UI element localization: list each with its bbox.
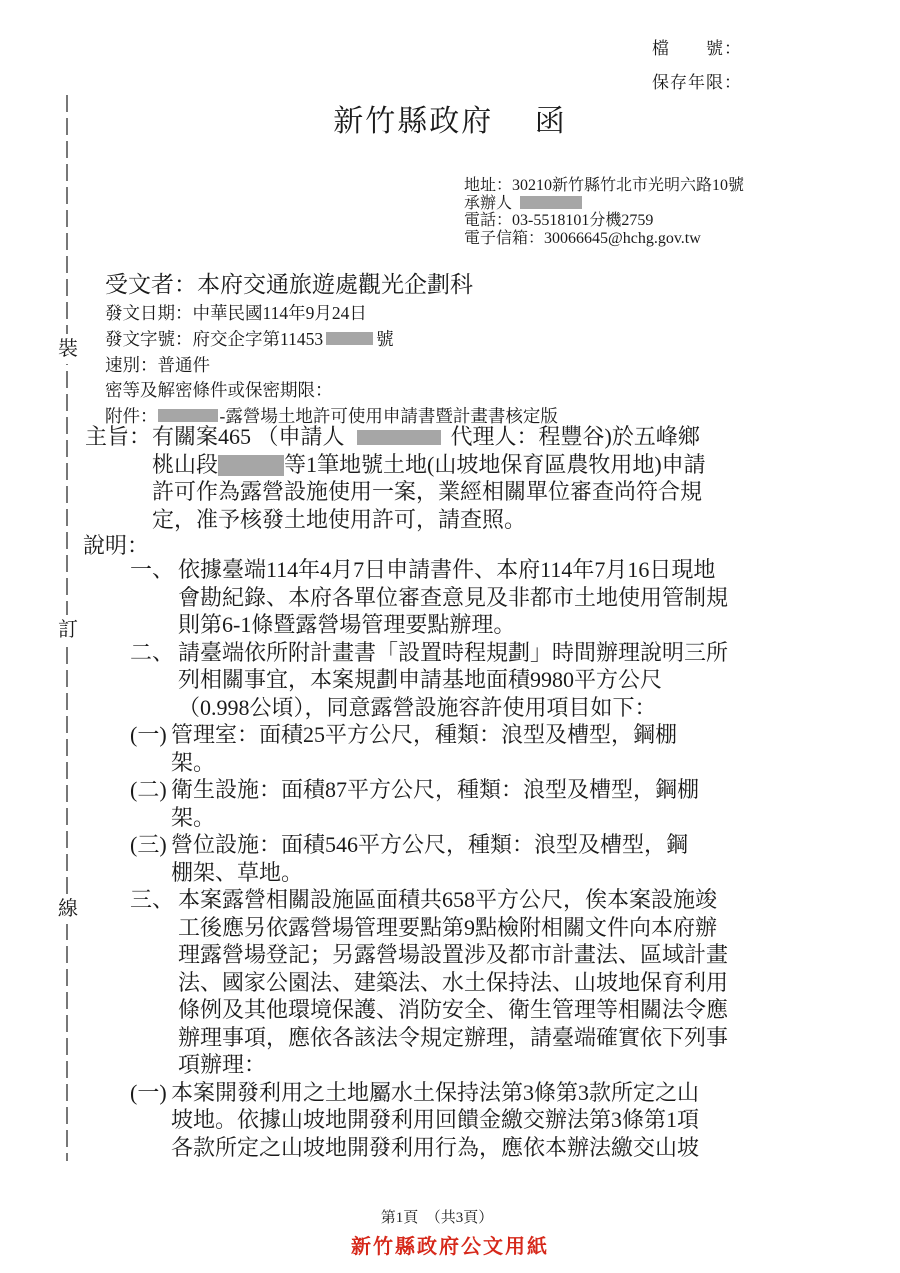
item-body: 本案露營相關設施區面積共658平方公尺，俟本案設施竣 工後應另依露營場管理要點第… [178,886,728,1079]
subject-label: 主旨： [85,423,152,533]
explanation-item-2: 二、 請臺端依所附計畫書「設置時程規劃」時間辦理說明三所 列相關事宜，本案規劃申… [130,639,830,722]
document-title: 新竹縣政府 函 [0,96,900,140]
document-page: 裝 訂 線 檔 號： 保存年限： 新竹縣政府 函 地址：30210新竹縣竹北市光… [0,0,900,1273]
binding-mark-ding: 訂 [55,615,81,645]
item-line: （0.998公頃），同意露營設施容許使用項目如下： [178,694,728,722]
item-line: 會勘紀錄、本府各單位審查意見及非都市土地使用管制規 [178,584,728,612]
item-line: 條例及其他環境保護、消防安全、衛生管理等相關法令應 [178,996,728,1024]
item-line: 本案露營相關設施區面積共658平方公尺，俟本案設施竣 [178,886,728,914]
subject-body: 有關案465 （申請人代理人：程豐谷)於五峰鄉 桃山段等1筆地號土地(山坡地保育… [152,423,706,533]
subject-line: 許可作為露營設施使用一案，業經相關單位審查尚符合規 [152,478,706,506]
binding-mark-xian: 線 [55,894,81,924]
item-line: 衛生設施：面積87平方公尺，種類：浪型及槽型，鋼棚 [171,776,699,804]
item-number: 一、 [130,556,178,639]
explanation-subitem-2-1: (一) 管理室：面積25平方公尺，種類：浪型及槽型，鋼棚 架。 [130,721,830,776]
subject-line1-pre: 有關案465 （申請人 [152,424,345,449]
item-line: 坡地。依據山坡地開發利用回饋金繳交辦法第3條第1項 [171,1106,699,1134]
item-number: (三) [130,831,171,886]
item-body: 請臺端依所附計畫書「設置時程規劃」時間辦理說明三所 列相關事宜，本案規劃申請基地… [178,639,728,722]
item-number: (一) [130,1079,171,1162]
applicant-name-redaction [357,430,441,445]
subject-line: 定，准予核發土地使用許可，請查照。 [152,506,706,534]
item-number: (二) [130,776,171,831]
explanation-subitem-2-2: (二) 衛生設施：面積87平方公尺，種類：浪型及槽型，鋼棚 架。 [130,776,830,831]
item-line: 各款所定之山坡地開發利用行為，應依本辦法繳交山坡 [171,1134,699,1162]
item-line: 管理室：面積25平方公尺，種類：浪型及槽型，鋼棚 [171,721,677,749]
item-line: 法、國家公園法、建築法、水土保持法、山坡地保育利用 [178,969,728,997]
file-number-label: 檔 號： [652,34,742,59]
explanation-items: 一、 依據臺端114年4月7日申請書件、本府114年7月16日現地 會勘紀錄、本… [130,556,830,1161]
explanation-item-1: 一、 依據臺端114年4月7日申請書件、本府114年7月16日現地 會勘紀錄、本… [130,556,830,639]
recipient-line: 受文者：本府交通旅遊處觀光企劃科 [105,266,473,299]
contact-block: 地址：30210新竹縣竹北市光明六路10號 承辦人 電話：03-5518101分… [464,177,744,247]
subject-line1-post: 代理人：程豐谷)於五峰鄉 [451,424,700,449]
item-line: 架。 [171,804,699,832]
item-line: 則第6-1條暨露營場管理要點辦理。 [178,611,728,639]
explanation-subitem-3-1: (一) 本案開發利用之土地屬水土保持法第3條第3款所定之山 坡地。依據山坡地開發… [130,1079,830,1162]
meta-block: 發文日期：中華民國114年9月24日 發文字號：府交企字第11453號 速別：普… [105,301,558,430]
item-body: 依據臺端114年4月7日申請書件、本府114年7月16日現地 會勘紀錄、本府各單… [178,556,728,639]
item-body: 本案開發利用之土地屬水土保持法第3條第3款所定之山 坡地。依據山坡地開發利用回饋… [171,1079,699,1162]
contact-phone: 電話：03-5518101分機2759 [464,212,744,230]
item-line: 依據臺端114年4月7日申請書件、本府114年7月16日現地 [178,556,728,584]
subject-line: 有關案465 （申請人代理人：程豐谷)於五峰鄉 [152,423,706,451]
item-line: 架。 [171,749,677,777]
doc-number-prefix: 發文字號：府交企字第11453 [105,329,323,349]
item-line: 列相關事宜，本案規劃申請基地面積9980平方公尺 [178,666,728,694]
explanation-subitem-2-3: (三) 營位設施：面積546平方公尺，種類：浪型及槽型，鋼 棚架、草地。 [130,831,830,886]
subject-line: 桃山段等1筆地號土地(山坡地保育區農牧用地)申請 [152,451,706,479]
item-line: 請臺端依所附計畫書「設置時程規劃」時間辦理說明三所 [178,639,728,667]
contact-officer: 承辦人 [464,195,744,213]
footer-paper-name: 新竹縣政府公文用紙 [0,1230,900,1259]
item-body: 管理室：面積25平方公尺，種類：浪型及槽型，鋼棚 架。 [171,721,677,776]
item-line: 項辦理： [178,1051,728,1079]
meta-speed: 速別：普通件 [105,353,558,379]
parcel-number-redaction [218,455,284,476]
item-body: 營位設施：面積546平方公尺，種類：浪型及槽型，鋼 棚架、草地。 [171,831,688,886]
item-line: 棚架、草地。 [171,859,688,887]
meta-doc-number: 發文字號：府交企字第11453號 [105,327,558,353]
contact-email: 電子信箱：30066645@hchg.gov.tw [464,230,744,248]
item-body: 衛生設施：面積87平方公尺，種類：浪型及槽型，鋼棚 架。 [171,776,699,831]
attachment-redaction [158,409,218,422]
item-line: 辦理事項，應依各該法令規定辦理，請臺端確實依下列事 [178,1024,728,1052]
meta-security: 密等及解密條件或保密期限： [105,378,558,404]
meta-date: 發文日期：中華民國114年9月24日 [105,301,558,327]
subject-line2-pre: 桃山段 [152,452,218,477]
contact-address: 地址：30210新竹縣竹北市光明六路10號 [464,177,744,195]
doc-number-redaction [326,332,373,345]
binding-mark-zhuang: 裝 [55,334,81,364]
item-number: (一) [130,721,171,776]
officer-name-redaction [520,196,582,209]
explanation-item-3: 三、 本案露營相關設施區面積共658平方公尺，俟本案設施竣 工後應另依露營場管理… [130,886,830,1079]
footer-page-number: 第1頁 （共3頁） [0,1206,874,1227]
subject-line2-post: 等1筆地號土地(山坡地保育區農牧用地)申請 [284,452,706,477]
contact-officer-label: 承辦人 [464,195,512,212]
item-number: 三、 [130,886,178,1079]
doc-number-suffix: 號 [376,329,394,349]
retention-period-label: 保存年限： [652,68,742,93]
subject-block: 主旨： 有關案465 （申請人代理人：程豐谷)於五峰鄉 桃山段等1筆地號土地(山… [85,423,706,533]
item-line: 理露營場登記；另露營場設置涉及都市計畫法、區域計畫 [178,941,728,969]
item-line: 本案開發利用之土地屬水土保持法第3條第3款所定之山 [171,1079,699,1107]
item-line: 營位設施：面積546平方公尺，種類：浪型及槽型，鋼 [171,831,688,859]
item-line: 工後應另依露營場管理要點第9點檢附相關文件向本府辦 [178,914,728,942]
item-number: 二、 [130,639,178,722]
